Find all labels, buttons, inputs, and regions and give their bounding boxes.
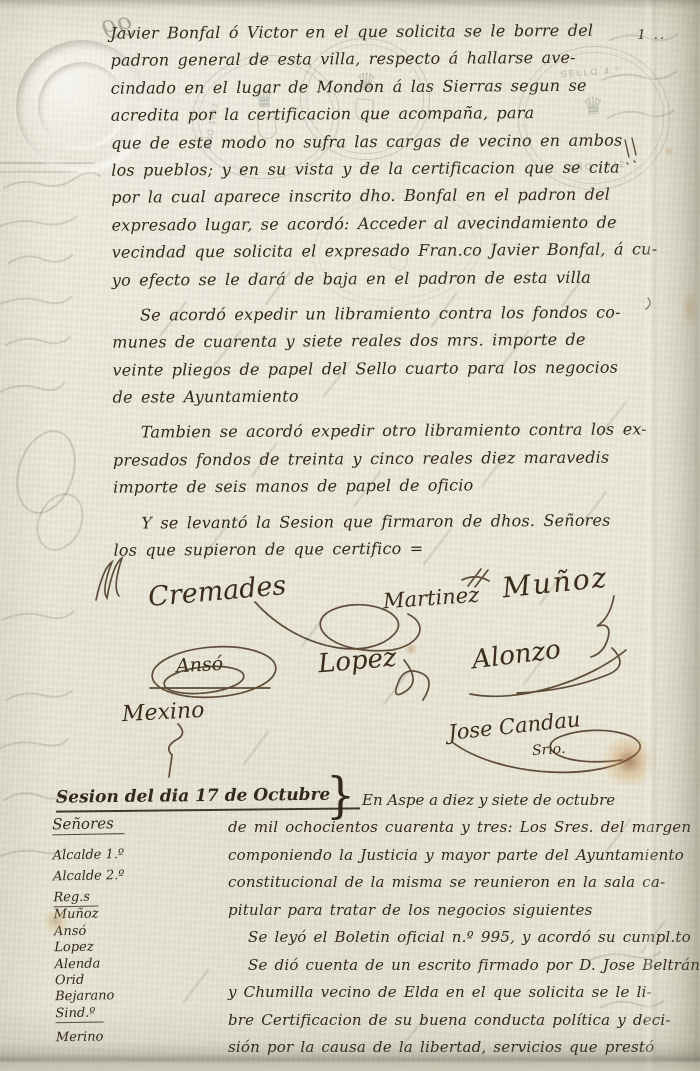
manuscript-line: de este Ayuntamiento (113, 384, 665, 415)
ink-stamp-right: SELLO 4.º ♛ AÑO 1842 (513, 41, 675, 195)
manuscript-line: vecindad que solicita el expresado Fran.… (112, 239, 664, 270)
page-edge-top (0, 0, 700, 9)
signature-candau-title: Srio. (531, 741, 565, 759)
margin-item: Bejarano (55, 987, 205, 1006)
margin-item: Merino (56, 1028, 206, 1047)
embossed-seal-inner-ring (38, 62, 126, 150)
signature-candau: Jose Candau (447, 707, 581, 745)
margin-item: Muñoz (54, 905, 204, 924)
manuscript-line: Se leyó el Boletin oficial n.º 995, y ac… (228, 928, 676, 956)
signature-anso: Ansó (175, 653, 223, 677)
foxing-spot (682, 288, 698, 328)
manuscript-line: expresado lugar, se acordó: Acceder al a… (111, 212, 663, 243)
signature-mexino: Mexino (121, 698, 205, 727)
manuscript-line: munes de cuarenta y siete reales dos mrs… (112, 330, 664, 361)
manuscript-line: que de este modo no sufra las cargas de … (111, 130, 663, 161)
manuscript-line: veinte pliegos de papel del Sello cuarto… (112, 357, 664, 388)
margin-item: Sind.º (55, 1005, 103, 1023)
stamp-year-text: AÑO 1842 (203, 101, 220, 150)
page-edge-bottom (0, 1041, 700, 1071)
stamp-sello-text: SELLO 4.º (516, 62, 666, 82)
foxing-spot (42, 910, 70, 932)
manuscript-page: 99 1 .. ♛ AÑO 1842 ♛ SELLO 4.º ♛ AÑO 184… (0, 0, 700, 1071)
heading-brace: } (326, 767, 355, 824)
ink-stamp-lower (305, 181, 489, 318)
manuscript-paragraph: Javier Bonfal ó Victor en el que solicit… (110, 20, 664, 297)
margin-item: Alenda (54, 954, 204, 973)
manuscript-paragraph: Se acordó expedir un libramiento contra … (112, 302, 665, 415)
ink-stamp-middle: ♛ (296, 34, 434, 165)
manuscript-line: sión por la causa de la libertad, servic… (228, 1038, 676, 1066)
manuscript-line: yo efecto se le dará de baja en el padro… (112, 267, 664, 298)
foxing-spot (664, 146, 674, 156)
foxing-spot (404, 643, 418, 655)
crown-icon: ♛ (354, 67, 377, 96)
manuscript-line: Javier Bonfal ó Victor en el que solicit… (110, 20, 662, 51)
shield-icon (257, 116, 277, 140)
manuscript-paragraph: Tambien se acordó expedir otro libramien… (113, 420, 665, 506)
manuscript-line: cindado en el lugar de Mondon á las Sier… (111, 75, 663, 106)
session-body-text: de mil ochocientos cuarenta y tres: Los … (228, 818, 676, 1066)
session-heading: Sesion del dia 17 de Octubre (56, 784, 361, 812)
signature-alonzo: Alonzo (471, 635, 563, 676)
session-opening-line: En Aspe a diez y siete de octubre (362, 791, 615, 809)
margin-item: Ansó (54, 921, 204, 940)
signature-martinez: Martinez (382, 583, 480, 614)
signature-munoz: Muñoz (501, 561, 610, 605)
crown-icon: ♛ (252, 84, 276, 114)
manuscript-line: bre Certificacion de su buena conducta p… (228, 1011, 676, 1039)
shield-icon (388, 248, 409, 272)
session-prev-text: Javier Bonfal ó Victor en el que solicit… (110, 20, 665, 576)
manuscript-line: acredita por la certificacion que acompa… (111, 102, 663, 133)
manuscript-line: presados fondos de treinta y cinco reale… (113, 447, 665, 478)
manuscript-line: Se dió cuenta de un escrito firmado por … (228, 956, 676, 984)
manuscript-line: importe de seis manos de papel de oficio (113, 475, 665, 506)
manuscript-line: los pueblos; y en su vista y de la certi… (111, 157, 663, 188)
margin-attendees: Señores Alcalde 1.ºAlcalde 2.ºReg.sMuñoz… (52, 813, 206, 1047)
signature-flourish-layer (0, 0, 700, 1071)
margin-item: Reg.s (53, 890, 98, 908)
crown-icon: ♛ (581, 92, 604, 121)
stamp-year-text: AÑO 1842 (522, 155, 672, 175)
ghost-page-number: 99 (100, 11, 136, 45)
manuscript-line: Y se levantó la Sesion que firmaron de d… (113, 510, 665, 541)
margin-item: Orid (55, 971, 205, 990)
folio-mark: 1 .. (637, 28, 666, 43)
margin-list: Alcalde 1.ºAlcalde 2.ºReg.sMuñozAnsóLope… (53, 846, 206, 1047)
ink-stamp-left: ♛ AÑO 1842 (186, 48, 346, 187)
margin-item: Lopez (54, 938, 204, 957)
manuscript-line: y Chumilla vecino de Elda en el que soli… (228, 983, 676, 1011)
manuscript-paragraph: Y se levantó la Sesion que firmaron de d… (113, 510, 665, 568)
manuscript-line: Se acordó expedir un libramiento contra … (112, 302, 664, 333)
margin-item: Alcalde 1.º (53, 846, 203, 870)
signature-lopez: Lopez (317, 643, 398, 680)
manuscript-line: pitular para tratar de los negocios sigu… (228, 901, 676, 929)
manuscript-line: padron general de esta villa, respecto á… (110, 48, 662, 79)
ghost-bleedthrough-layer (0, 0, 700, 1071)
manuscript-line: constitucional de la misma se reunieron … (228, 873, 676, 901)
manuscript-line: componiendo la Justicia y mayor parte de… (228, 846, 676, 874)
manuscript-line: por la cual aparece inscrito dho. Bonfal… (111, 185, 663, 216)
page-edge-right (664, 0, 700, 1071)
manuscript-line: Tambien se acordó expedir otro libramien… (113, 420, 665, 451)
margin-title: Señores (52, 814, 124, 835)
margin-item: Alcalde 2.º (53, 867, 203, 891)
page-crease (642, 0, 658, 1071)
signature-cremades: Cremades (147, 570, 288, 613)
shield-icon (354, 98, 373, 121)
manuscript-line: de mil ochocientos cuarenta y tres: Los … (228, 818, 676, 846)
foxing-spot (600, 736, 658, 786)
embossed-seal (16, 40, 148, 172)
